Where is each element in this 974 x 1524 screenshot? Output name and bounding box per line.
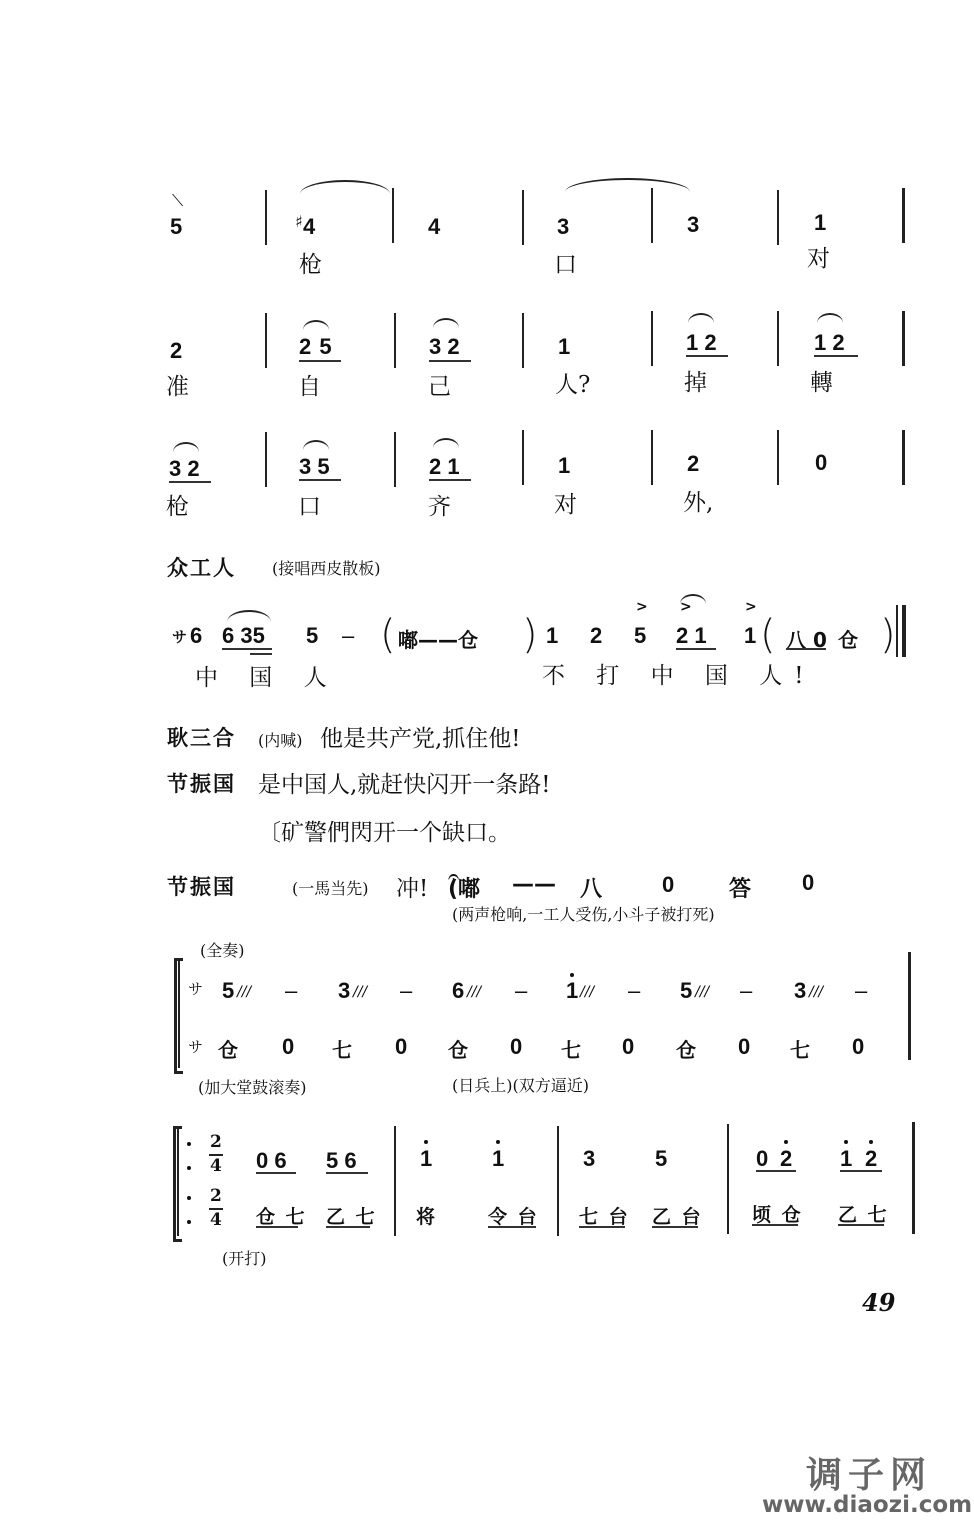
note: 1 bbox=[744, 625, 756, 647]
percussion: 乙 七 bbox=[326, 1202, 377, 1229]
dash: – bbox=[628, 980, 640, 1002]
lyric: 枪 bbox=[166, 496, 189, 519]
slur bbox=[680, 594, 706, 604]
repeat-dot bbox=[187, 1166, 191, 1170]
note: 2 bbox=[865, 1148, 877, 1170]
spoken-line: 他是共产党,抓住他! bbox=[320, 720, 521, 753]
percussion: 乙 七 bbox=[838, 1200, 889, 1227]
lyric: 枪 bbox=[299, 254, 322, 277]
lyric: 外, bbox=[683, 492, 713, 515]
note-pair: 5 6 bbox=[326, 1150, 357, 1172]
barline bbox=[522, 430, 524, 485]
barline bbox=[265, 190, 267, 245]
note: 3 bbox=[557, 216, 569, 238]
tremolo-mark: /// bbox=[580, 984, 594, 1000]
note: 5 bbox=[222, 980, 234, 1002]
dash: – bbox=[342, 625, 354, 647]
stage-note: (两声枪响,一工人受伤,小斗子被打死) bbox=[452, 902, 715, 925]
note-pair: 3 2 bbox=[429, 336, 460, 358]
note: 1 bbox=[558, 455, 570, 477]
note: 3 bbox=[794, 980, 806, 1002]
watermark-title: 调子网 bbox=[806, 1447, 932, 1498]
lyric: 自 bbox=[298, 376, 321, 399]
note: 1 bbox=[558, 336, 570, 358]
percussion: 七 bbox=[790, 1034, 810, 1063]
underline bbox=[488, 1226, 536, 1228]
lyric: 口 bbox=[554, 254, 577, 277]
high-octave-dot bbox=[784, 1140, 788, 1144]
rest: 0 bbox=[738, 1036, 750, 1058]
note: 5 bbox=[170, 216, 182, 238]
spoken-line: 冲! bbox=[396, 870, 428, 903]
rest: 0 bbox=[802, 872, 814, 894]
repeat-dot bbox=[187, 1220, 191, 1224]
percussion: 顷 仓 bbox=[752, 1200, 803, 1227]
underline bbox=[256, 1226, 298, 1228]
percussion: 答 bbox=[729, 872, 751, 903]
note-pair: 2 1 bbox=[676, 625, 707, 647]
time-sig-top: 2 bbox=[210, 1132, 222, 1152]
repeat-dot bbox=[187, 1142, 191, 1146]
dash: – bbox=[855, 980, 867, 1002]
lyric: 口 bbox=[298, 496, 321, 519]
note-pair: 1 2 bbox=[814, 332, 845, 354]
note: 6 bbox=[190, 625, 202, 647]
free-meter-mark: サ bbox=[188, 978, 203, 999]
accent-mark: ⟍ bbox=[172, 191, 183, 211]
lyric: 齐 bbox=[428, 496, 451, 519]
barline bbox=[394, 432, 396, 487]
paren: ( bbox=[380, 612, 396, 658]
percussion: 八 bbox=[580, 872, 602, 903]
high-octave-dot bbox=[424, 1140, 428, 1144]
note: 3 bbox=[583, 1148, 595, 1170]
barline bbox=[912, 1122, 915, 1234]
barline bbox=[392, 188, 394, 243]
barline bbox=[557, 1126, 559, 1236]
note: 0 bbox=[756, 1148, 768, 1170]
underline bbox=[256, 1172, 296, 1174]
stage-note: (开打) bbox=[222, 1246, 267, 1269]
stage-direction: (内喊) bbox=[258, 728, 303, 751]
slur bbox=[227, 610, 271, 622]
note: 1 bbox=[840, 1148, 852, 1170]
lyric: 对 bbox=[554, 494, 577, 517]
lyric: 轉 bbox=[810, 372, 833, 395]
underline bbox=[752, 1224, 798, 1226]
slur bbox=[565, 178, 690, 192]
slur bbox=[303, 440, 329, 450]
note: 1 bbox=[420, 1148, 432, 1170]
role-name: 众工人 bbox=[167, 552, 236, 582]
barline bbox=[727, 1124, 729, 1234]
stage-note: (加大堂鼓滚奏) bbox=[198, 1075, 307, 1098]
underline bbox=[840, 1170, 882, 1172]
time-sig-top: 2 bbox=[210, 1186, 222, 1206]
lyric: 己 bbox=[428, 376, 451, 399]
underline bbox=[299, 360, 341, 362]
stage-note: (日兵上)(双方逼近) bbox=[452, 1073, 589, 1096]
note: 3 bbox=[687, 214, 699, 236]
stage-note: 〔矿警們閃开一个缺口。 bbox=[258, 814, 511, 847]
underline bbox=[756, 1170, 796, 1172]
note: 0 bbox=[815, 452, 827, 474]
slur bbox=[300, 180, 390, 194]
percussion: 七 bbox=[561, 1034, 581, 1063]
tremolo-mark: /// bbox=[809, 984, 823, 1000]
barline bbox=[651, 188, 653, 243]
rest: 0 bbox=[282, 1036, 294, 1058]
slur bbox=[817, 313, 843, 323]
underline bbox=[814, 355, 858, 357]
underline bbox=[299, 479, 341, 481]
underline bbox=[786, 648, 826, 650]
percussion: 仓 bbox=[676, 1034, 696, 1063]
barline bbox=[651, 311, 653, 366]
high-octave-dot bbox=[570, 973, 574, 977]
percussion: 七 bbox=[332, 1034, 352, 1063]
note: 2 bbox=[170, 340, 182, 362]
paren: ( bbox=[760, 612, 776, 658]
spoken-line: 是中国人,就赶快闪开一条路! bbox=[258, 766, 551, 799]
barline bbox=[522, 313, 524, 368]
note: 1 bbox=[566, 980, 578, 1002]
percussion: 令 台 bbox=[488, 1202, 539, 1229]
slur bbox=[173, 442, 199, 452]
note-pair: 2 5 bbox=[299, 336, 332, 358]
note: 3 bbox=[338, 980, 350, 1002]
tremolo-mark: /// bbox=[237, 984, 251, 1000]
note: 2 bbox=[687, 453, 699, 475]
dash: – bbox=[740, 980, 752, 1002]
slur bbox=[303, 320, 329, 330]
note: 2 bbox=[590, 625, 602, 647]
role-name: 节振国 bbox=[167, 871, 236, 901]
lyric-line: 不 打 中 国 人! bbox=[542, 665, 816, 688]
lyric: 对 bbox=[807, 248, 830, 271]
lyric: 掉 bbox=[684, 372, 707, 395]
underline bbox=[250, 653, 272, 655]
percussion: 仓 bbox=[838, 624, 858, 653]
stage-direction: (一馬当先) bbox=[292, 876, 369, 899]
note-pair: 3 2 bbox=[169, 458, 200, 480]
role-name: 耿三合 bbox=[167, 722, 236, 752]
dash: – bbox=[515, 980, 527, 1002]
high-octave-dot bbox=[869, 1140, 873, 1144]
watermark-url: www.diaozi.com bbox=[762, 1492, 972, 1518]
stage-direction: (接唱西皮散板) bbox=[272, 556, 381, 579]
barline bbox=[777, 430, 779, 485]
barline bbox=[394, 313, 396, 368]
note-pair: 1 2 bbox=[686, 332, 717, 354]
percussion: 乙 台 bbox=[652, 1202, 703, 1229]
note: 4 bbox=[428, 216, 440, 238]
page-number: 49 bbox=[862, 1288, 895, 1317]
note-group: 6 35 bbox=[222, 625, 265, 647]
percussion: —— bbox=[512, 872, 556, 897]
tremolo-mark: /// bbox=[467, 984, 481, 1000]
barline bbox=[265, 313, 267, 368]
barline bbox=[522, 190, 524, 245]
dash: – bbox=[285, 980, 297, 1002]
tremolo-mark: /// bbox=[353, 984, 367, 1000]
slur bbox=[433, 438, 459, 448]
barline bbox=[902, 430, 905, 485]
free-meter-mark: サ bbox=[172, 626, 187, 647]
underline bbox=[652, 1226, 698, 1228]
slur bbox=[433, 318, 459, 328]
section-label: (全奏) bbox=[200, 938, 245, 961]
repeat-dot bbox=[187, 1196, 191, 1200]
underline bbox=[326, 1172, 368, 1174]
note: 5 bbox=[655, 1148, 667, 1170]
sharp-icon: ♯ bbox=[295, 212, 303, 231]
note: 4 bbox=[303, 216, 315, 238]
time-sig-bottom: 4 bbox=[210, 1156, 222, 1176]
note-pair: 2 1 bbox=[429, 456, 460, 478]
bracket-line bbox=[178, 958, 180, 1068]
role-name: 节振国 bbox=[167, 768, 236, 798]
barline bbox=[394, 1126, 396, 1236]
paren: ) bbox=[522, 612, 538, 658]
final-barline bbox=[902, 605, 906, 657]
rest: 0 bbox=[622, 1036, 634, 1058]
accent-mark: > bbox=[745, 599, 757, 615]
percussion: 仓 七 bbox=[256, 1202, 307, 1229]
note-pair: 3 5 bbox=[299, 456, 330, 478]
note-pair: 0 6 bbox=[256, 1150, 287, 1172]
barline bbox=[896, 605, 898, 657]
lyric: 人? bbox=[555, 374, 590, 397]
note: 1 bbox=[492, 1148, 504, 1170]
barline bbox=[651, 430, 653, 485]
high-octave-dot bbox=[844, 1140, 848, 1144]
note: 5 bbox=[634, 625, 646, 647]
note: 5 bbox=[680, 980, 692, 1002]
underline bbox=[429, 360, 471, 362]
lyric-line: 中 国 人 bbox=[195, 667, 339, 690]
note: 1 bbox=[814, 212, 826, 234]
slur bbox=[688, 313, 714, 323]
paren: ) bbox=[880, 612, 896, 658]
note: 6 bbox=[452, 980, 464, 1002]
percussion: 七 台 bbox=[579, 1202, 630, 1229]
accent-mark: > bbox=[636, 599, 648, 615]
percussion: (嘟 bbox=[448, 872, 480, 903]
rest: 0 bbox=[662, 874, 674, 896]
free-meter-mark: サ bbox=[188, 1036, 203, 1057]
note: 5 bbox=[306, 625, 318, 647]
barline bbox=[777, 311, 779, 366]
percussion: 将 bbox=[416, 1202, 435, 1229]
underline bbox=[169, 481, 211, 483]
note: 1 bbox=[546, 625, 558, 647]
percussion: 仓 bbox=[218, 1034, 238, 1063]
rest: 0 bbox=[852, 1036, 864, 1058]
barline bbox=[265, 432, 267, 487]
underline bbox=[838, 1224, 884, 1226]
rest: 0 bbox=[510, 1036, 522, 1058]
bracket-line bbox=[177, 1126, 179, 1236]
rest: 0 bbox=[395, 1036, 407, 1058]
percussion: 仓 bbox=[448, 1034, 468, 1063]
high-octave-dot bbox=[496, 1140, 500, 1144]
dash: – bbox=[400, 980, 412, 1002]
lyric: 准 bbox=[166, 376, 189, 399]
barline bbox=[777, 190, 779, 245]
barline bbox=[902, 188, 905, 243]
note: 2 bbox=[780, 1148, 792, 1170]
underline bbox=[222, 648, 272, 650]
barline bbox=[902, 311, 905, 366]
underline bbox=[429, 479, 471, 481]
underline bbox=[676, 648, 716, 650]
time-sig-bottom: 4 bbox=[210, 1210, 222, 1230]
barline bbox=[908, 952, 911, 1060]
tremolo-mark: /// bbox=[695, 984, 709, 1000]
underline bbox=[326, 1226, 370, 1228]
underline bbox=[579, 1226, 625, 1228]
underline bbox=[686, 355, 728, 357]
percussion: 嘟——仓 bbox=[398, 624, 478, 653]
